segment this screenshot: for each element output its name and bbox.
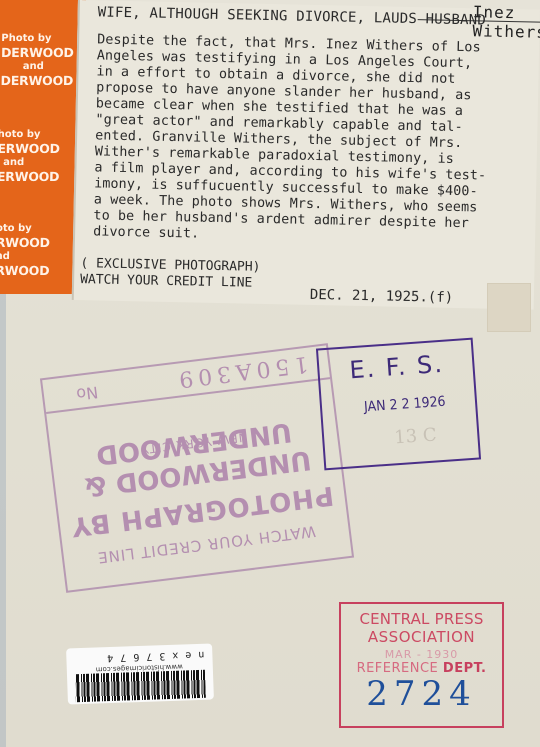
- cpa-date: MAR - 1930: [341, 648, 502, 661]
- credit-and: nd: [0, 250, 50, 264]
- caption-headline: WIFE, ALTHOUGH SEEKING DIVORCE, LAUDS HU…: [98, 4, 487, 28]
- credit-company: DERWOOD: [0, 74, 73, 88]
- caption-date: DEC. 21, 1925.(f): [310, 287, 454, 306]
- credit-and: and: [1, 60, 74, 74]
- barcode-icon: [75, 670, 206, 703]
- credit-company: RWOOD: [0, 264, 49, 278]
- stamp-number-prefix: No: [75, 383, 99, 405]
- tape-piece: [487, 283, 531, 332]
- archival-photo-back: Photo by DERWOOD and DERWOOD hoto by ERW…: [0, 0, 540, 747]
- underwood-stamp: No 150A309 WATCH YOUR CREDIT LINE PHOTOG…: [40, 343, 354, 593]
- credit-photo-by: Photo by: [1, 32, 74, 46]
- credit-company: DERWOOD: [1, 46, 74, 60]
- barcode-inverted: nex37674 www.historicimages.com: [66, 643, 214, 704]
- credit-block-3: oto by RWOOD nd RWOOD: [0, 222, 50, 278]
- underwood-stamp-inverted: No 150A309 WATCH YOUR CREDIT LINE PHOTOG…: [42, 345, 352, 590]
- caption-card: Inez Withers. WIFE, ALTHOUGH SEEKING DIV…: [72, 0, 540, 310]
- barcode-label: nex37674 www.historicimages.com: [66, 643, 214, 704]
- credit-company: ERWOOD: [0, 170, 59, 184]
- credit-block-1: Photo by DERWOOD and DERWOOD: [0, 32, 74, 88]
- efs-date: JAN 2 2 1926: [364, 394, 446, 416]
- credit-and: and: [0, 156, 60, 170]
- cpa-line2: ASSOCIATION: [341, 628, 502, 646]
- stamp-number: 150A309: [173, 351, 310, 392]
- credit-company: ERWOOD: [0, 142, 60, 156]
- credit-company: RWOOD: [0, 236, 50, 250]
- caption-body: Despite the fact, that Mrs. Inez Withers…: [93, 32, 489, 248]
- handwritten-reference-number: 2724: [341, 676, 502, 712]
- credit-strip: Photo by DERWOOD and DERWOOD hoto by ERW…: [0, 0, 78, 294]
- efs-stamp: E. F. S. JAN 2 2 1926 13 C: [316, 338, 481, 471]
- central-press-stamp: CENTRAL PRESS ASSOCIATION MAR - 1930 REF…: [339, 602, 504, 728]
- barcode-chars: nex37674: [74, 649, 204, 665]
- cpa-line1: CENTRAL PRESS: [341, 610, 502, 628]
- credit-block-2: hoto by ERWOOD and ERWOOD: [0, 128, 60, 184]
- credit-photo-by: hoto by: [0, 128, 60, 142]
- efs-title: E. F. S.: [349, 350, 445, 385]
- pencil-note: 13 C: [394, 424, 438, 448]
- watch-credit-line: WATCH YOUR CREDIT LINE: [80, 272, 252, 291]
- credit-photo-by: oto by: [0, 222, 50, 236]
